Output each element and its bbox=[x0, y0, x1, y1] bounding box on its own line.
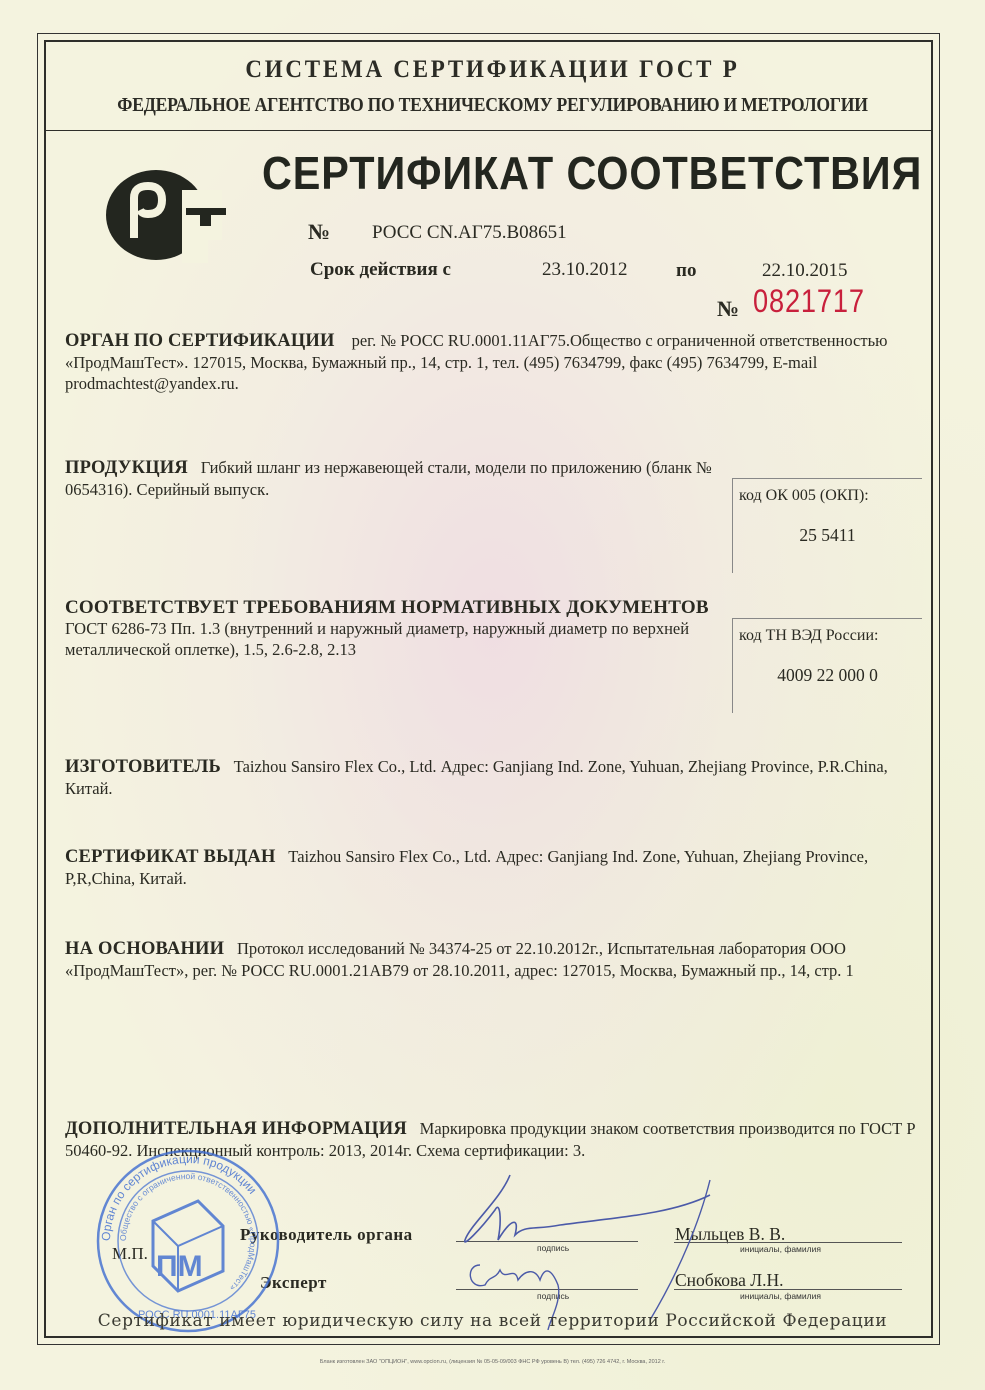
section-heading: ДОПОЛНИТЕЛЬНАЯ ИНФОРМАЦИЯ bbox=[65, 1119, 407, 1139]
expert-name-caption: инициалы, фамилия bbox=[740, 1291, 821, 1301]
section-manufacturer: ИЗГОТОВИТЕЛЬ Taizhou Sansiro Flex Co., L… bbox=[65, 756, 933, 799]
section-heading: СООТВЕТСТВУЕТ ТРЕБОВАНИЯМ НОРМАТИВНЫХ ДО… bbox=[65, 597, 745, 618]
handwritten-signatures-icon bbox=[440, 1170, 740, 1330]
head-name-caption: инициалы, фамилия bbox=[740, 1244, 821, 1254]
section-text: ГОСТ 6286-73 Пп. 1.3 (внутренний и наруж… bbox=[65, 619, 689, 659]
section-standards: СООТВЕТСТВУЕТ ТРЕБОВАНИЯМ НОРМАТИВНЫХ ДО… bbox=[65, 597, 745, 660]
section-heading: ПРОДУКЦИЯ bbox=[65, 458, 188, 478]
serial-label: № bbox=[717, 296, 739, 322]
section-product: ПРОДУКЦИЯ Гибкий шланг из нержавеющей ст… bbox=[65, 457, 725, 500]
rst-mark-icon bbox=[104, 168, 229, 263]
certificate-title: СЕРТИФИКАТ СООТВЕТСТВИЯ bbox=[262, 146, 922, 200]
valid-to-date: 22.10.2015 bbox=[762, 260, 848, 282]
number-label: № bbox=[308, 219, 330, 245]
okp-code-box: код ОК 005 (ОКП): 25 5411 bbox=[732, 478, 922, 573]
section-issued-to: СЕРТИФИКАТ ВЫДАН Taizhou Sansiro Flex Co… bbox=[65, 846, 933, 889]
section-heading: ОРГАН ПО СЕРТИФИКАЦИИ bbox=[65, 331, 335, 351]
system-title: СИСТЕМА СЕРТИФИКАЦИИ ГОСТ Р bbox=[39, 56, 945, 84]
organization-stamp-icon: Орган по сертификации продукции Общество… bbox=[93, 1146, 283, 1336]
tnved-code-label: код ТН ВЭД России: bbox=[733, 627, 922, 645]
section-heading: ИЗГОТОВИТЕЛЬ bbox=[65, 757, 221, 777]
valid-from-date: 23.10.2012 bbox=[542, 259, 628, 281]
svg-text:ПМ: ПМ bbox=[156, 1250, 203, 1283]
valid-to-label: по bbox=[676, 260, 696, 282]
okp-code-value: 25 5411 bbox=[733, 525, 922, 546]
section-heading: СЕРТИФИКАТ ВЫДАН bbox=[65, 847, 276, 867]
section-heading: НА ОСНОВАНИИ bbox=[65, 939, 224, 959]
okp-code-label: код ОК 005 (ОКП): bbox=[733, 487, 922, 505]
legal-validity-note: Сертификат имеет юридическую силу на все… bbox=[0, 1311, 985, 1331]
section-basis: НА ОСНОВАНИИ Протокол исследований № 343… bbox=[65, 938, 933, 981]
validity-label: Срок действия с bbox=[310, 259, 451, 281]
certificate-number: РОСС CN.АГ75.В08651 bbox=[372, 222, 567, 244]
printer-imprint: Бланк изготовлен ЗАО "ОПЦИОН", www.opcio… bbox=[0, 1359, 985, 1365]
tnved-code-box: код ТН ВЭД России: 4009 22 000 0 bbox=[732, 618, 922, 713]
serial-number: 0821717 bbox=[753, 283, 865, 320]
header-divider bbox=[44, 130, 933, 131]
tnved-code-value: 4009 22 000 0 bbox=[733, 665, 922, 686]
section-certification-body: ОРГАН ПО СЕРТИФИКАЦИИ рег. № РОСС RU.000… bbox=[65, 330, 933, 394]
agency-name: ФЕДЕРАЛЬНОЕ АГЕНТСТВО ПО ТЕХНИЧЕСКОМУ РЕ… bbox=[69, 94, 916, 117]
